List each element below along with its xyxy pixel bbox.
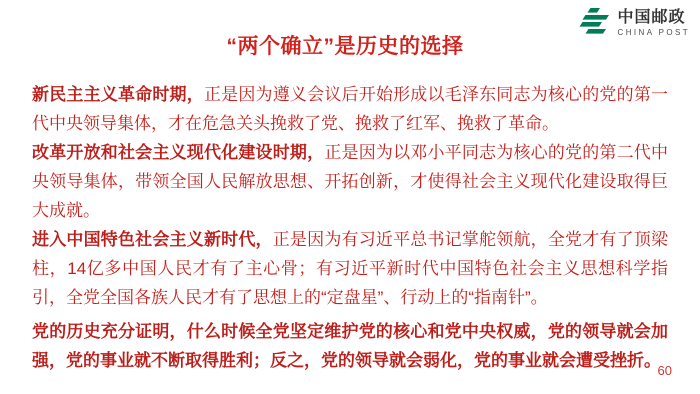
paragraph-new-era: 进入中国特色社会主义新时代，正是因为有习近平总书记掌舵领航，全党才有了顶梁柱，1… bbox=[32, 225, 668, 312]
logo-name-cn: 中国邮政 bbox=[618, 10, 690, 26]
paragraph-lead: 进入中国特色社会主义新时代， bbox=[32, 230, 273, 249]
paragraph-conclusion: 党的历史充分证明，什么时候全党坚定维护党的核心和党中央权威，党的领导就会加强，党… bbox=[32, 317, 668, 375]
paragraph-lead: 改革开放和社会主义现代化建设时期， bbox=[32, 143, 324, 162]
paragraph-new-democratic-revolution: 新民主主义革命时期，正是因为遵义会议后开始形成以毛泽东同志为核心的党的第一代中央… bbox=[32, 80, 668, 138]
presentation-slide: 中国邮政 CHINA POST “两个确立”是历史的选择 新民主主义革命时期，正… bbox=[0, 0, 700, 394]
paragraph-lead: 党的历史充分证明，什么时候全党坚定维护党的核心和党中央权威，党的领导就会加强，党… bbox=[32, 322, 668, 370]
page-number: 60 bbox=[658, 363, 672, 378]
paragraph-lead: 新民主主义革命时期， bbox=[32, 85, 204, 104]
slide-body: 新民主主义革命时期，正是因为遵义会议后开始形成以毛泽东同志为核心的党的第一代中央… bbox=[32, 80, 668, 375]
paragraph-reform-opening-period: 改革开放和社会主义现代化建设时期，正是因为以邓小平同志为核心的党的第二代中央领导… bbox=[32, 138, 668, 225]
slide-title: “两个确立”是历史的选择 bbox=[0, 30, 690, 60]
